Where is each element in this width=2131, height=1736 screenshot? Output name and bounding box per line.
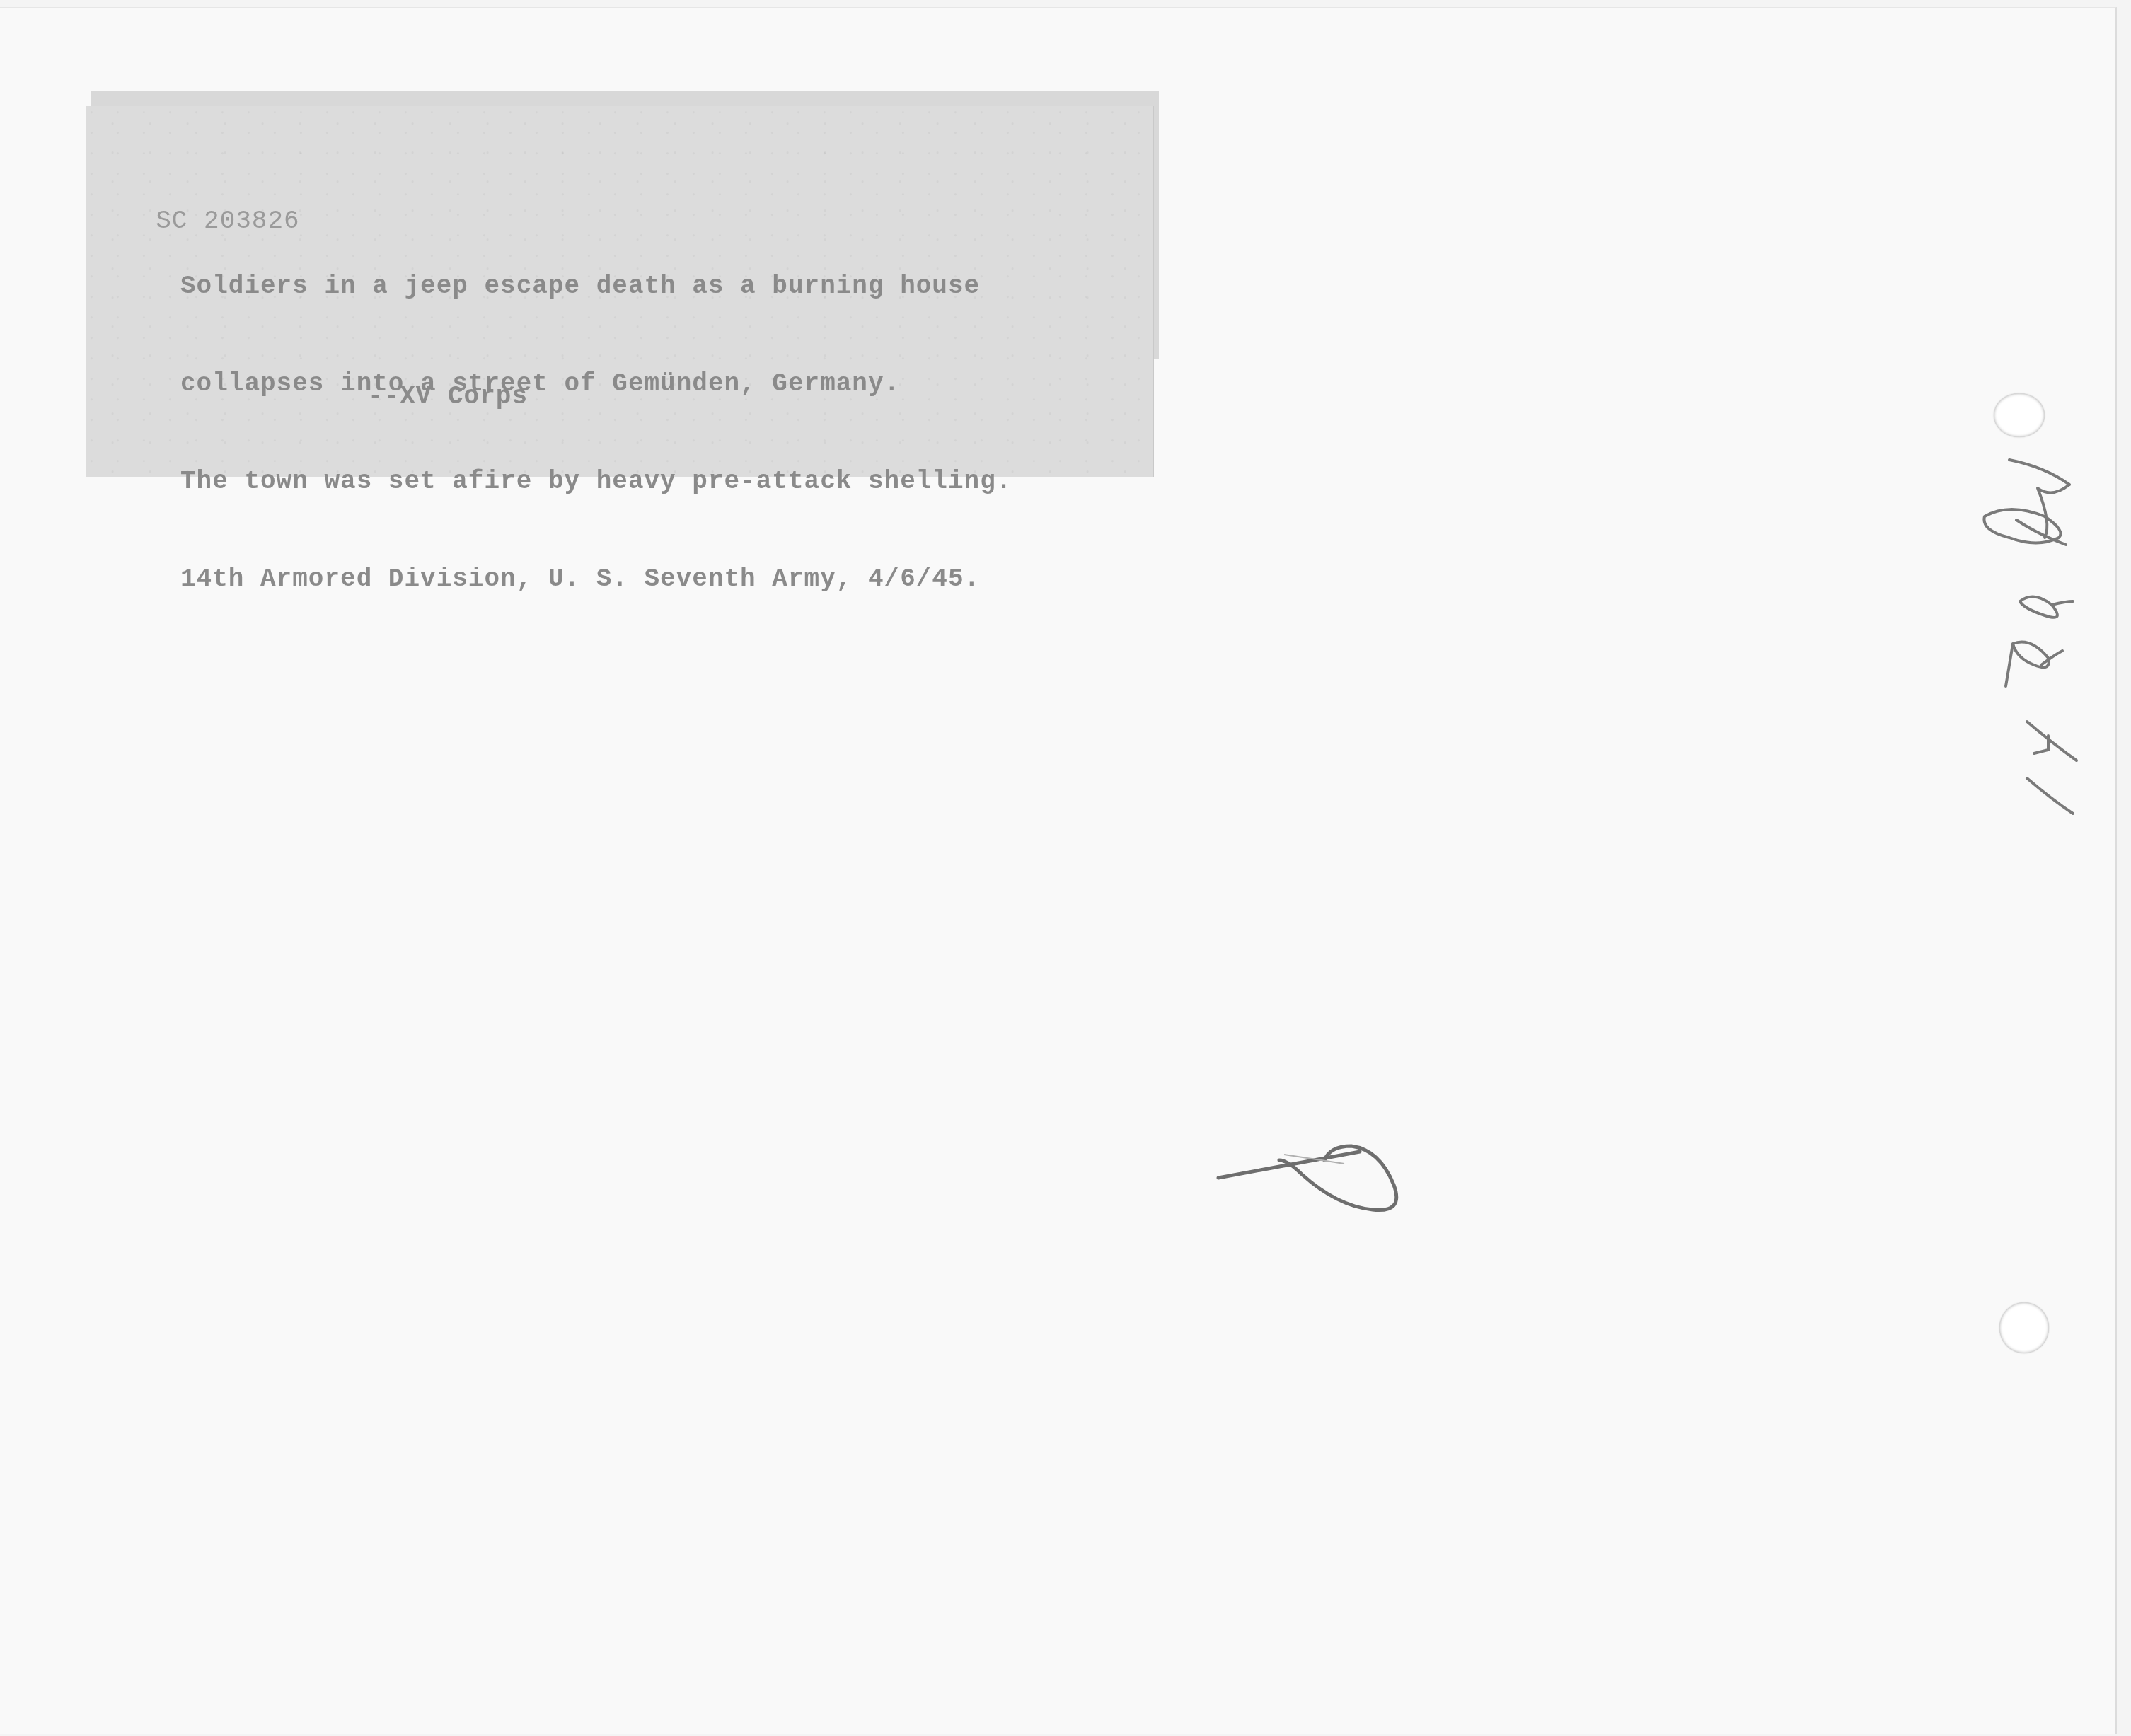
- caption-line-1: Soldiers in a jeep escape death as a bur…: [180, 270, 1012, 303]
- pencil-p-mark: [1203, 1118, 1429, 1245]
- caption-line-2: collapses into a street of Gemünden, Ger…: [180, 368, 1012, 400]
- handwritten-text: 14 A D Div: [1967, 396, 2035, 400]
- punch-hole-bottom: [1999, 1302, 2049, 1353]
- caption-credit: --XV Corps: [368, 382, 528, 411]
- caption-line-3: The town was set afire by heavy pre-atta…: [180, 465, 1012, 498]
- caption-text-block: SC 203826 Soldiers in a jeep escape deat…: [96, 173, 1012, 628]
- caption-line-4: 14th Armored Division, U. S. Seventh Arm…: [180, 563, 1012, 596]
- caption-id: SC 203826: [156, 207, 299, 236]
- handwritten-division-annotation: 14 A D Div: [1967, 396, 2123, 934]
